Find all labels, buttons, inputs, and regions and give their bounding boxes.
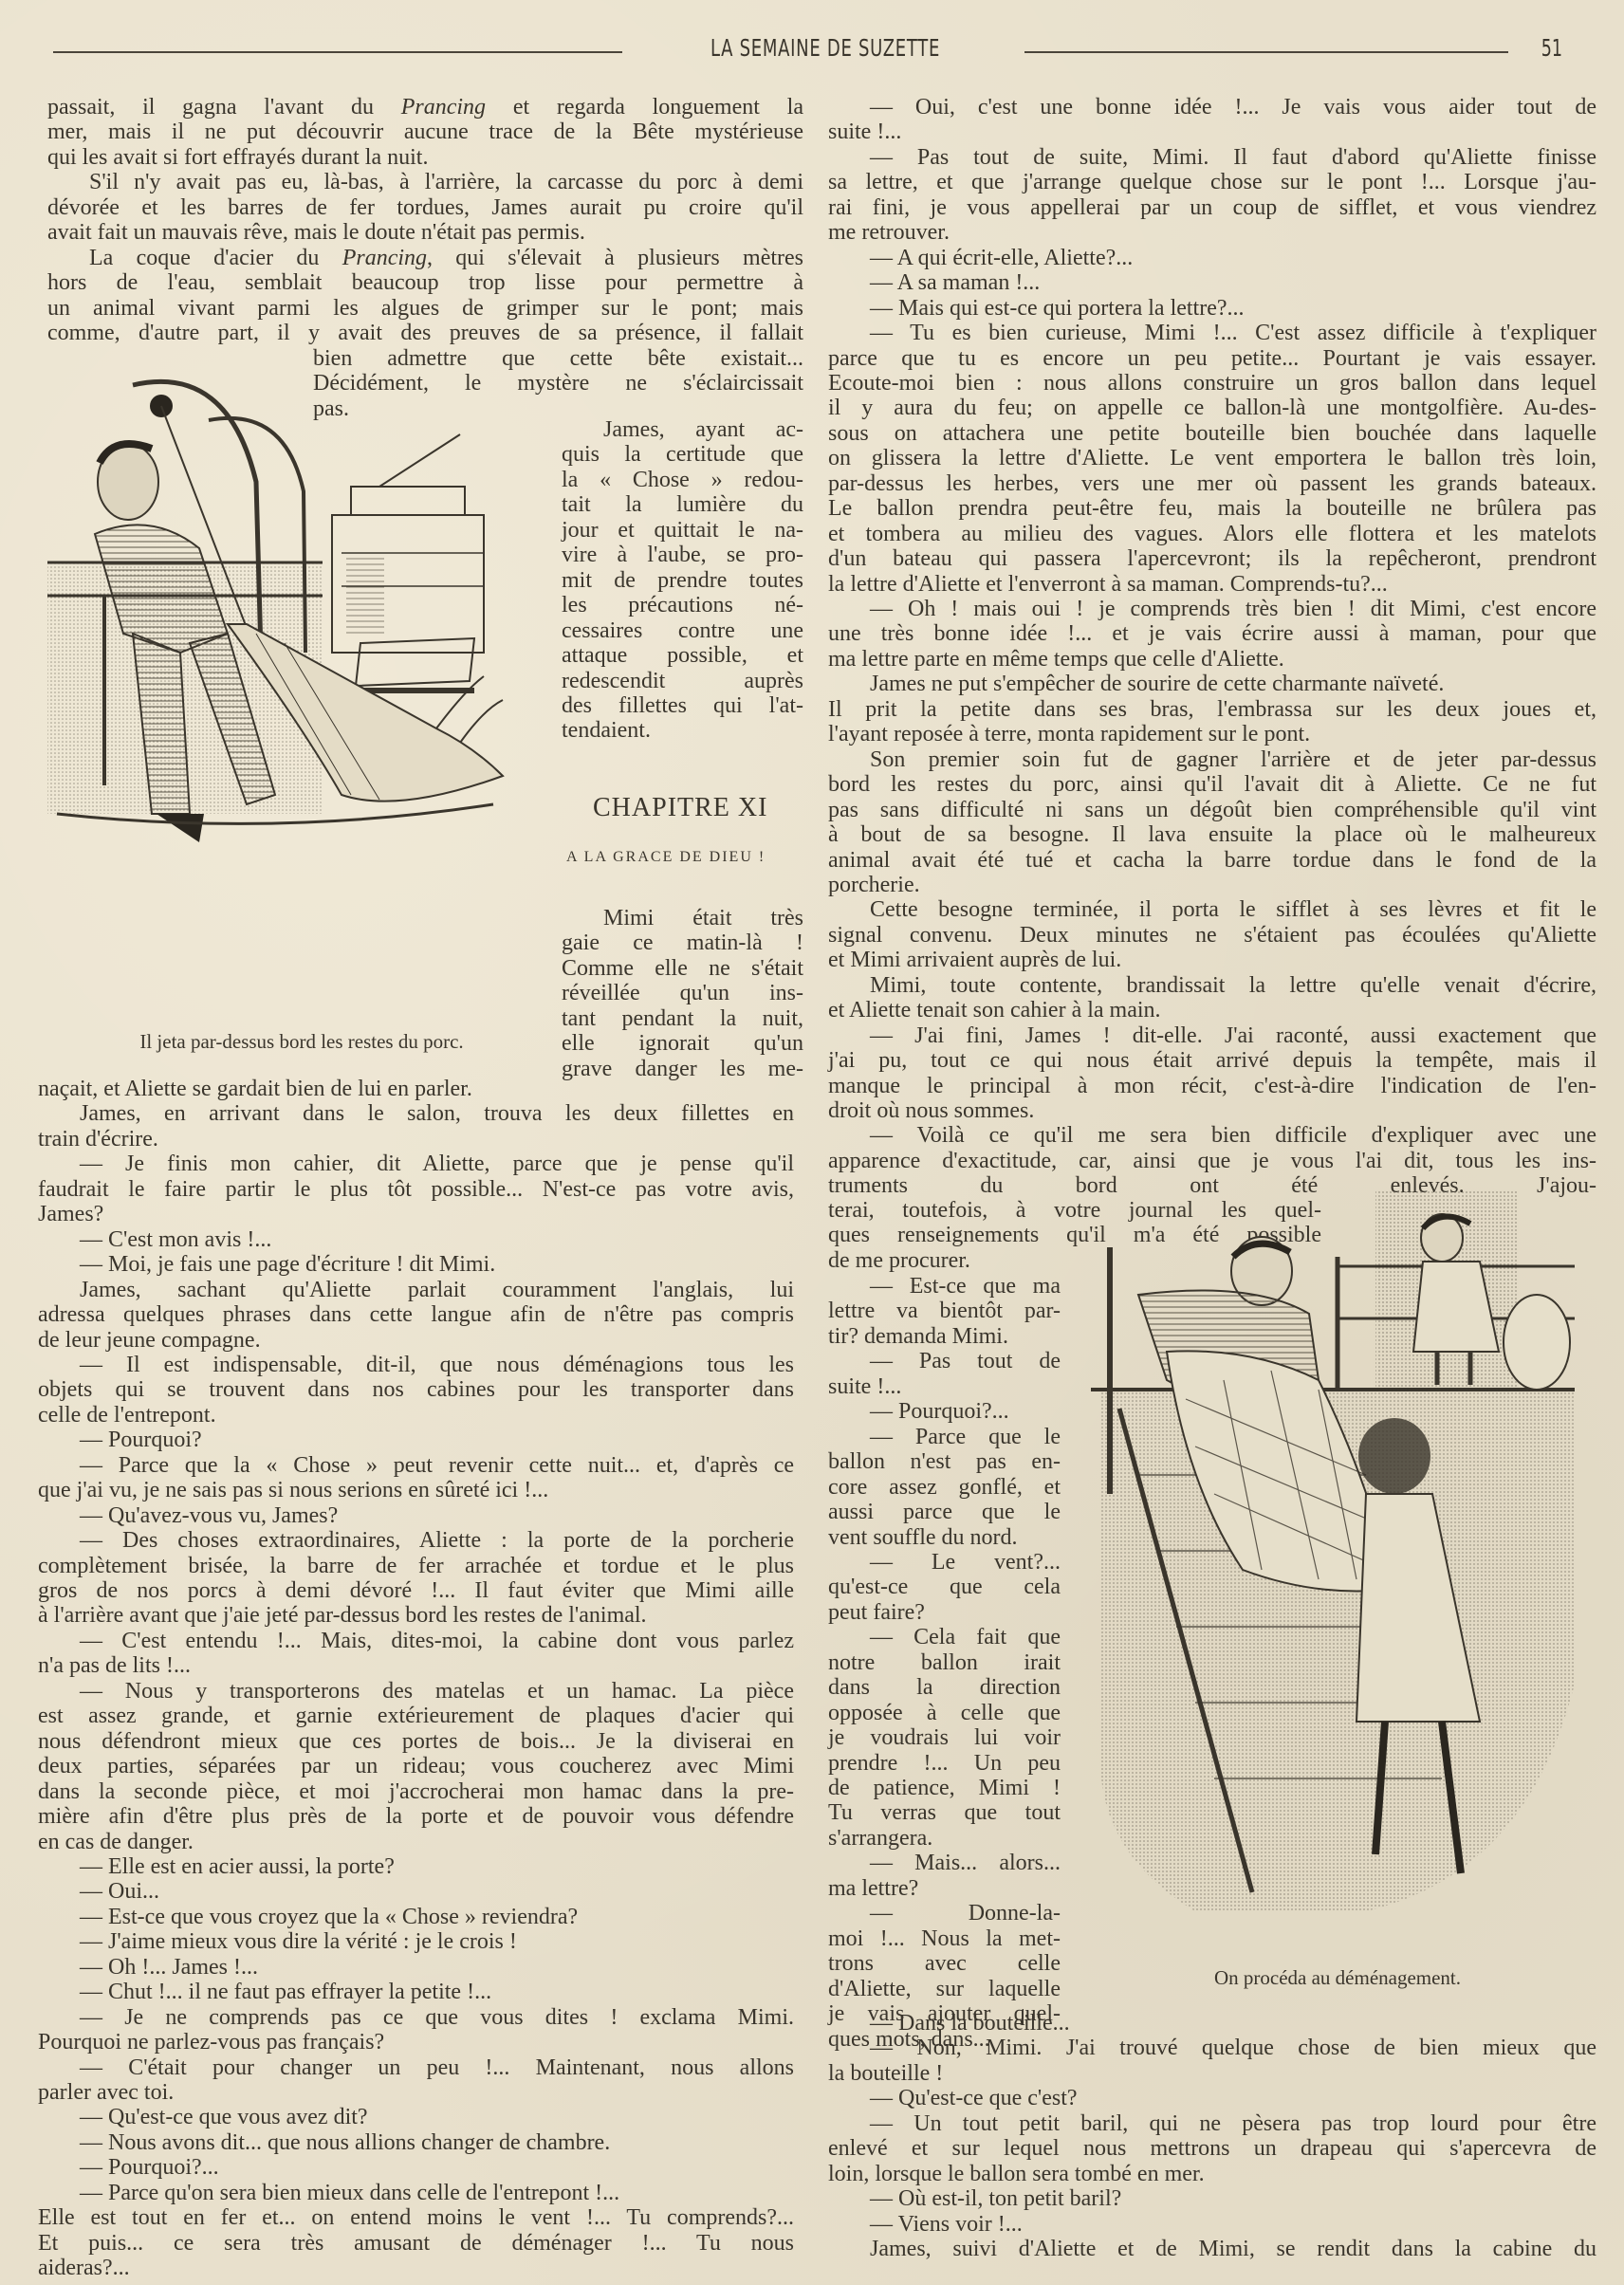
- text-line: Et puis... ce sera très amusant de démén…: [38, 2231, 794, 2256]
- text-line: on glissera la lettre d'Aliette. Le vent…: [828, 446, 1596, 470]
- text-line: un animal vivant parmi les algues de gri…: [47, 296, 803, 321]
- text-line: — C'est entendu !... Mais, dites-moi, la…: [38, 1629, 794, 1653]
- text-line: vent souffle du nord.: [828, 1525, 1061, 1550]
- text-line: James?: [38, 1202, 794, 1226]
- text-line: trons avec celle: [828, 1951, 1061, 1976]
- text-line: n'a pas de lits !...: [38, 1653, 794, 1678]
- text-line: une très bonne idée !... et je vais écri…: [828, 621, 1596, 646]
- text-line: Mimi était très: [562, 906, 803, 931]
- page-number: 51: [1541, 34, 1562, 62]
- text-line: s'arrangera.: [828, 1826, 1061, 1851]
- text-line: — Il est indispensable, dit-il, que nous…: [38, 1353, 794, 1377]
- text-line: S'il n'y avait pas eu, là-bas, à l'arriè…: [47, 170, 803, 194]
- text-line: les précautions né-: [562, 593, 803, 617]
- text-line: de leur jeune compagne.: [38, 1328, 794, 1353]
- text-line: — Mais qui est-ce qui portera la lettre?…: [828, 296, 1596, 321]
- text-line: tait la lumière du: [562, 492, 803, 517]
- text-line: train d'écrire.: [38, 1127, 794, 1152]
- text-line: lettre va bientôt par-: [828, 1299, 1061, 1323]
- text-line: — A qui écrit-elle, Aliette?...: [828, 246, 1596, 270]
- text-line: tendaient.: [562, 718, 803, 743]
- text-line: — Pourquoi?: [38, 1428, 794, 1452]
- text-line: — Oh ! mais oui ! je comprends très bien…: [828, 597, 1596, 621]
- text-line: — Nous avons dit... que nous allions cha…: [38, 2130, 794, 2155]
- text-line: — Est-ce que ma: [828, 1274, 1061, 1299]
- text-line: droit où nous sommes.: [828, 1098, 1596, 1123]
- text-line: j'ai pu, tout ce qui nous était arrivé d…: [828, 1048, 1596, 1073]
- text-line: core assez gonflé, et: [828, 1475, 1061, 1500]
- text-line: — C'était pour changer un peu !... Maint…: [38, 2055, 794, 2080]
- text-line: la « Chose » redou-: [562, 468, 803, 492]
- text-line: avait fait un mauvais rêve, mais le dout…: [47, 220, 803, 245]
- text-line: celle de l'entrepont.: [38, 1403, 794, 1428]
- ship-name: Prancing: [401, 95, 486, 120]
- text-line: — Parce que le: [828, 1425, 1061, 1449]
- text-line: — A sa maman !...: [828, 270, 1596, 295]
- text-line: objets qui se trouvent dans nos cabines …: [38, 1377, 794, 1402]
- text-line: suite !...: [828, 120, 1596, 144]
- text-line: Mimi, toute contente, brandissait la let…: [828, 973, 1596, 998]
- text-line: Son premier soin fut de gagner l'arrière…: [828, 747, 1596, 772]
- text-line: et Mimi arrivaient auprès de lui.: [828, 948, 1596, 972]
- text-line: — Pas tout de: [828, 1349, 1061, 1373]
- text-line: dévorée et les barres de fer tordues, Ja…: [47, 195, 803, 220]
- chapter-title: CHAPITRE XI: [593, 793, 767, 823]
- text-line: apparence d'exactitude, car, ainsi que j…: [828, 1149, 1596, 1173]
- text-line: mière afin d'être plus près de la porte …: [38, 1804, 794, 1829]
- text-line: Tu verras que tout: [828, 1800, 1061, 1825]
- text-line: l'ayant reposée à terre, monta rapidemen…: [828, 722, 1596, 746]
- text-line: — Je finis mon cahier, dit Aliette, parc…: [38, 1152, 794, 1176]
- text-line: et tombera au milieu des vagues. Alors e…: [828, 522, 1596, 546]
- text-line: rai fini, je vous appellerai par un coup…: [828, 195, 1596, 220]
- text-line: La coque d'acier du Prancing, qui s'élev…: [47, 246, 803, 270]
- text-line: — C'est mon avis !...: [38, 1227, 794, 1252]
- text-line: peut faire?: [828, 1600, 1061, 1625]
- text-line: parce que tu es encore un peu petite... …: [828, 346, 1596, 371]
- text-line: — Qu'est-ce que c'est?: [828, 2086, 1596, 2110]
- text-line: cessaires contre une: [562, 618, 803, 643]
- text-line: opposée à celle que: [828, 1701, 1061, 1725]
- header-rule-left: [53, 51, 622, 53]
- text-line: — Un tout petit baril, qui ne pèsera pas…: [828, 2111, 1596, 2136]
- text-line: mit de prendre toutes: [562, 568, 803, 593]
- text-line: — Pourquoi?...: [38, 2155, 794, 2180]
- text-line: par-dessus les herbes, vers une mer où p…: [828, 471, 1596, 496]
- text-line: complètement brisée, la barre de fer arr…: [38, 1554, 794, 1578]
- text-line: — Tu es bien curieuse, Mimi !... C'est a…: [828, 321, 1596, 345]
- text-line: jour et quittait le na-: [562, 518, 803, 543]
- text-line: — Non, Mimi. J'ai trouvé quelque chose d…: [828, 2036, 1596, 2060]
- text-line: — Qu'avez-vous vu, James?: [38, 1503, 794, 1528]
- text-line: moi !... Nous la met-: [828, 1926, 1061, 1951]
- text-line: réveillée qu'un ins-: [562, 981, 803, 1005]
- text-line: loin, lorsque le ballon sera tombé en me…: [828, 2162, 1596, 2186]
- text-line: nous défendront mieux que ces portes de …: [38, 1729, 794, 1754]
- text-line: à l'arrière avant que j'aie jeté par-des…: [38, 1603, 794, 1628]
- text-line: sous on attachera une petite bouteille b…: [828, 421, 1596, 446]
- text-line: — Donne-la-: [828, 1901, 1061, 1926]
- text-line: faudrait le faire partir le plus tôt pos…: [38, 1177, 794, 1202]
- chapter-subtitle: A LA GRACE DE DIEU !: [566, 849, 766, 866]
- text-line: — Moi, je fais une page d'écriture ! dit…: [38, 1252, 794, 1277]
- text-line: — Qu'est-ce que vous avez dit?: [38, 2105, 794, 2129]
- text-line: Elle est tout en fer et... on entend moi…: [38, 2205, 794, 2230]
- text-line: — Est-ce que vous croyez que la « Chose …: [38, 1905, 794, 1929]
- text-line: — J'aime mieux vous dire la vérité : je …: [38, 1929, 794, 1954]
- text-line: notre ballon irait: [828, 1650, 1061, 1675]
- text-line: — Le vent?...: [828, 1550, 1061, 1575]
- text-line: suite !...: [828, 1374, 1061, 1399]
- illustration-sailor-hauling-carcass: [38, 368, 550, 1032]
- ship-name: Prancing: [342, 246, 427, 270]
- text-line: redescendit auprès: [562, 669, 803, 693]
- text-line: est assez grande, et garnie extérieureme…: [38, 1704, 794, 1728]
- text-line: ma lettre?: [828, 1876, 1061, 1901]
- text-line: James, suivi d'Aliette et de Mimi, se re…: [828, 2237, 1596, 2261]
- text-line: — Voilà ce qu'il me sera bien difficile …: [828, 1123, 1596, 1148]
- text-line: ma lettre parte en même temps que celle …: [828, 647, 1596, 672]
- text-line: bord les restes du porc, ainsi qu'il l'a…: [828, 772, 1596, 797]
- text-line: tant pendant la nuit,: [562, 1006, 803, 1031]
- text-line: adressa quelques phrases dans cette lang…: [38, 1302, 794, 1327]
- text-line: — Pas tout de suite, Mimi. Il faut d'abo…: [828, 145, 1596, 170]
- text-line: ballon n'est pas en-: [828, 1449, 1061, 1474]
- text-line: — Où est-il, ton petit baril?: [828, 2186, 1596, 2211]
- text-line: attaque possible, et: [562, 643, 803, 668]
- text-line: — Je ne comprends pas ce que vous dites …: [38, 2005, 794, 2030]
- text-line: d'Aliette, sur laquelle: [828, 1977, 1061, 2001]
- text-line: me retrouver.: [828, 220, 1596, 245]
- right-illustration-caption: On procéda au déménagement.: [1138, 1966, 1537, 1990]
- text-line: à bout de sa besogne. Il lava ensuite la…: [828, 822, 1596, 847]
- text-line: mer, mais il ne put découvrir aucune tra…: [47, 120, 803, 144]
- text-line: quis la certitude que: [562, 442, 803, 467]
- text-line: — Viens voir !...: [828, 2212, 1596, 2237]
- text-line: tir? demanda Mimi.: [828, 1324, 1061, 1349]
- publication-title: LA SEMAINE DE SUZETTE: [695, 34, 955, 62]
- text-line: de patience, Mimi !: [828, 1776, 1061, 1800]
- text-line: James, sachant qu'Aliette parlait couram…: [38, 1278, 794, 1302]
- running-header: LA SEMAINE DE SUZETTE 51: [0, 34, 1624, 68]
- text-line: Cette besogne terminée, il porta le siff…: [828, 897, 1596, 922]
- text-line: pas sans difficulté ni sans un dégoût bi…: [828, 798, 1596, 822]
- text-line: parler avec toi.: [38, 2080, 794, 2105]
- text-line: — Pourquoi?...: [828, 1399, 1061, 1424]
- text-line: — Parce qu'on sera bien mieux dans celle…: [38, 2181, 794, 2205]
- text-line: — Oui, c'est une bonne idée !... Je vais…: [828, 95, 1596, 120]
- text-line: dans la direction: [828, 1675, 1061, 1700]
- text-line: qui les avait si fort effrayés durant la…: [47, 145, 803, 170]
- text-line: — Oh !... James !...: [38, 1955, 794, 1980]
- text-line: — Parce que la « Chose » peut revenir ce…: [38, 1453, 794, 1478]
- text-line: porcherie.: [828, 873, 1596, 897]
- text-line: comme, d'autre part, il y avait des preu…: [47, 321, 803, 345]
- header-rule-right: [1024, 51, 1508, 53]
- text-line: enlevé et sur lequel nous mettrons un dr…: [828, 2136, 1596, 2161]
- text-line: animal avait été tué et cacha la barre t…: [828, 848, 1596, 873]
- text-line: qu'est-ce que cela: [828, 1575, 1061, 1599]
- moving-illustration-icon: [1081, 1190, 1594, 1949]
- text-line: hors de l'eau, semblait beaucoup trop li…: [47, 270, 803, 295]
- text-line: la lettre d'Aliette et l'enverront à sa …: [828, 572, 1596, 597]
- left-illustration-caption: Il jeta par-dessus bord les restes du po…: [83, 1030, 520, 1054]
- text-line: la bouteille !: [828, 2061, 1596, 2086]
- text-line: — Chut !... il ne faut pas effrayer la p…: [38, 1980, 794, 2004]
- text-line: gaie ce matin-là !: [562, 931, 803, 955]
- text-line: James, en arrivant dans le salon, trouva…: [38, 1101, 794, 1126]
- text-line: aideras?...: [38, 2256, 794, 2280]
- text-line: il y aura du feu; on appelle ce ballon-l…: [828, 396, 1596, 420]
- text-line: — Des choses extraordinaires, Aliette : …: [38, 1528, 794, 1553]
- text-line: gros de nos porcs à demi dévoré !... Il …: [38, 1578, 794, 1603]
- text-line: manque le principal à mon récit, c'est-à…: [828, 1074, 1596, 1098]
- text-line: et Aliette tenait son cahier à la main.: [828, 998, 1596, 1023]
- text-line: — Oui...: [38, 1879, 794, 1904]
- text-line: prendre !... Un peu: [828, 1751, 1061, 1776]
- text-line: des fillettes qui l'at-: [562, 693, 803, 718]
- text-line: que j'ai vu, je ne sais pas si nous seri…: [38, 1478, 794, 1502]
- text-line: en cas de danger.: [38, 1830, 794, 1854]
- text-line: deux parties, séparées par un rideau; vo…: [38, 1754, 794, 1778]
- text-line: sa lettre, et que j'arrange quelque chos…: [828, 170, 1596, 194]
- text-line: — Cela fait que: [828, 1625, 1061, 1649]
- sailor-illustration-icon: [38, 368, 550, 1032]
- text-line: — J'ai fini, James ! dit-elle. J'ai raco…: [828, 1023, 1596, 1048]
- text-line: naçait, et Aliette se gardait bien de lu…: [38, 1077, 794, 1101]
- text-line: passait, il gagna l'avant du Prancing et…: [47, 95, 803, 120]
- text-line: d'un bateau qui passera l'apercevront; i…: [828, 546, 1596, 571]
- text-line: dans la seconde pièce, et moi j'accroche…: [38, 1779, 794, 1804]
- text-line: — Elle est en acier aussi, la porte?: [38, 1854, 794, 1879]
- text-line: vire à l'aube, se pro-: [562, 543, 803, 567]
- text-line: — Nous y transporterons des matelas et u…: [38, 1679, 794, 1704]
- text-line: Il prit la petite dans ses bras, l'embra…: [828, 697, 1596, 722]
- text-line: Ecoute-moi bien : nous allons construire…: [828, 371, 1596, 396]
- text-line: — Dans la bouteille...: [828, 2011, 1596, 2036]
- text-line: Comme elle ne s'était: [562, 956, 803, 981]
- text-line: Pourquoi ne parlez-vous pas français?: [38, 2030, 794, 2055]
- text-line: James ne put s'empêcher de sourire de ce…: [828, 672, 1596, 696]
- text-line: aussi parce que le: [828, 1500, 1061, 1524]
- text-line: elle ignorait qu'un: [562, 1031, 803, 1056]
- text-line: Le ballon prendra peut-être feu, mais la…: [828, 496, 1596, 521]
- text-line: James, ayant ac-: [562, 417, 803, 442]
- text-line: signal convenu. Deux minutes ne s'étaien…: [828, 923, 1596, 948]
- text-line: — Mais... alors...: [828, 1851, 1061, 1875]
- illustration-moving-mattress: [1081, 1190, 1594, 1949]
- text-line: je voudrais lui voir: [828, 1725, 1061, 1750]
